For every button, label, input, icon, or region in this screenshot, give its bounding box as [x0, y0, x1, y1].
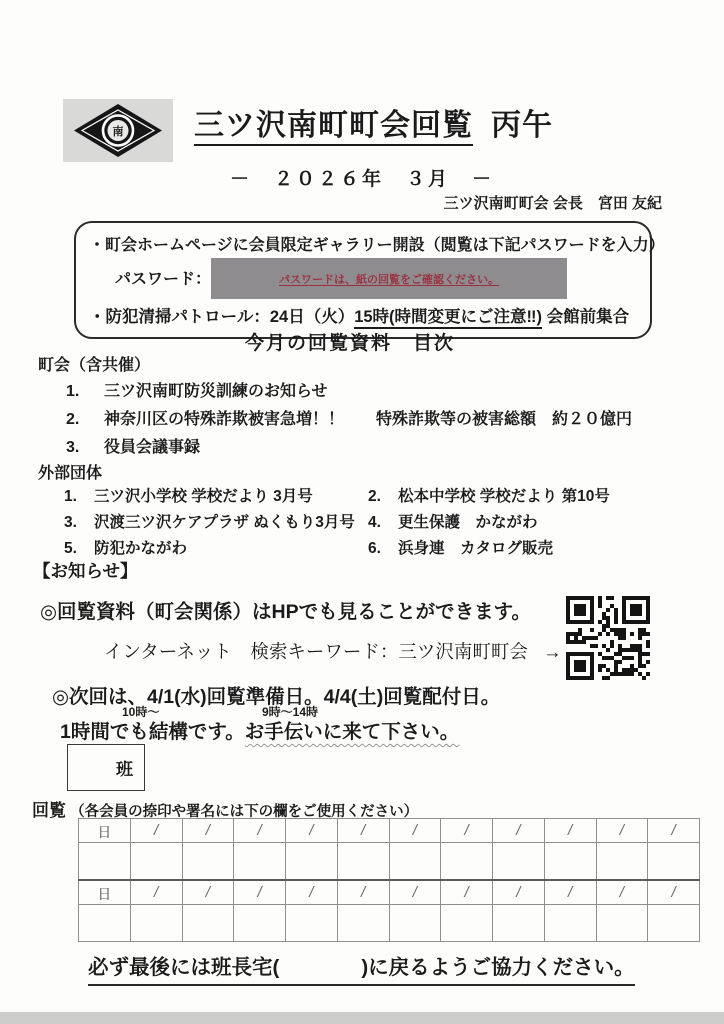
item-text: 神奈川区の特殊詐欺被害急増！！ 特殊詐欺等の被害総額 約２０億円 — [104, 411, 632, 428]
date-slash-cell: / — [544, 819, 596, 843]
signature-cell — [130, 905, 182, 942]
patrol-notice: ・防犯清掃パトロール：24日（火）15時(時間変更にご注意‼) 会館前集合 — [89, 303, 637, 327]
toc-external-section-title: 外部団体 — [38, 460, 102, 483]
toc-local-item-1: 1.三ツ沢南町防災訓練のお知らせ — [66, 378, 328, 401]
signature-cell — [234, 905, 286, 942]
toc-external-item-5: 5.防犯かながわ — [64, 536, 187, 558]
date-slash-cell: / — [596, 819, 648, 843]
date-slash-cell: / — [286, 819, 338, 843]
date-slash-cell: / — [389, 880, 441, 905]
hp-availability-line: ◎回覧資料（町会関係）はHPでも見ることができます。 — [40, 596, 531, 624]
circulation-label: 回覧 — [32, 801, 66, 820]
date-slash-cell: / — [441, 819, 493, 843]
signature-cell — [182, 905, 234, 942]
toc-external-item-1: 1.三ツ沢小学校 学校だより 3月号 — [64, 484, 313, 506]
item-number: 2. — [66, 411, 104, 429]
date-slash-cell: / — [130, 819, 182, 843]
date-slash-cell: / — [234, 880, 286, 905]
date-slash-cell: / — [648, 880, 700, 905]
date-slash-cell: / — [130, 880, 182, 905]
item-number: 3. — [64, 514, 94, 532]
diamond-emblem-icon: 南 — [71, 103, 165, 158]
signature-cell — [441, 905, 493, 942]
signature-cell — [596, 905, 648, 942]
signature-cell — [79, 843, 131, 881]
signature-cell — [544, 905, 596, 942]
password-row: パスワード： パスワードは、紙の回覧をご確認ください。 — [115, 258, 637, 299]
date-slash-cell: / — [596, 880, 648, 905]
page-title: 三ツ沢南町町会回覧丙午 — [194, 100, 553, 144]
return-instruction: 必ず最後には班長宅( )に戻るようご協力ください。 — [88, 950, 635, 986]
toc-local-item-2: 2.神奈川区の特殊詐欺被害急増！！ 特殊詐欺等の被害総額 約２０億円 — [66, 406, 632, 429]
item-number: 3. — [66, 439, 104, 457]
announcements-heading: 【お知らせ】 — [33, 558, 137, 583]
logo-character: 南 — [113, 124, 124, 138]
date-slash-cell: / — [493, 819, 545, 843]
password-redaction-box: パスワードは、紙の回覧をご確認ください。 — [211, 258, 567, 299]
arrow-right-icon: → — [543, 641, 562, 662]
redaction-note: パスワードは、紙の回覧をご確認ください。 — [279, 271, 499, 287]
signature-cell — [389, 905, 441, 942]
signature-row — [79, 905, 700, 942]
search-keyword-line: インターネット 検索キーワード：三ツ沢南町町会 → — [104, 638, 561, 664]
date-slash-cell: / — [648, 819, 700, 843]
association-president: 三ツ沢南町町会 会長 宮田 友紀 — [444, 192, 662, 213]
item-text: 三ツ沢小学校 学校だより 3月号 — [94, 488, 313, 505]
signature-cell — [596, 843, 648, 881]
item-text: 更生保護 かながわ — [398, 514, 538, 531]
signature-cell — [389, 843, 441, 881]
item-text: 沢渡三ツ沢ケアプラザ ぬくもり3月号 — [94, 514, 355, 531]
signature-cell — [493, 905, 545, 942]
toc-local-section-title: 町会（含共催） — [38, 352, 150, 375]
signature-cell — [182, 843, 234, 881]
item-number: 1. — [64, 488, 94, 506]
signature-cell — [130, 843, 182, 881]
item-text: 浜身連 カタログ販売 — [398, 540, 553, 557]
issue-date: － ２０２６年 ３月 － — [0, 164, 724, 191]
signature-cell — [286, 905, 338, 942]
gallery-notice: ・町会ホームページに会員限定ギャラリー開設（閲覧は下記パスワードを入力） — [89, 232, 637, 255]
signature-row — [79, 843, 700, 881]
signature-cell — [337, 843, 389, 881]
item-number: 4. — [368, 514, 398, 532]
item-number: 5. — [64, 540, 94, 558]
signature-cell — [544, 843, 596, 881]
item-number: 2. — [368, 488, 398, 506]
signature-cell — [286, 843, 338, 881]
toc-external-item-3: 3.沢渡三ツ沢ケアプラザ ぬくもり3月号 — [64, 510, 355, 532]
town-association-logo: 南 — [63, 99, 173, 162]
group-number-box: 班 — [67, 744, 145, 791]
password-label: パスワード： — [115, 258, 211, 289]
date-slash-cell: / — [337, 880, 389, 905]
item-text: 防犯かながわ — [94, 540, 187, 557]
toc-external-item-2: 2.松本中学校 学校だより 第10号 — [368, 484, 610, 506]
date-slash-cell: / — [493, 880, 545, 905]
help-emphasized-text: お手伝いに来て下さい。 — [245, 721, 460, 743]
signature-cell — [493, 843, 545, 881]
signature-cell — [234, 843, 286, 881]
patrol-prefix: ・防犯清掃パトロール：24日（火） — [89, 308, 354, 326]
page-title-era: 丙午 — [491, 109, 553, 142]
circulation-table: 日///////////日/////////// — [78, 818, 700, 942]
date-slash-cell: / — [182, 880, 234, 905]
help-plain-text: 1時間でも結構です。 — [60, 721, 245, 743]
toc-external-item-4: 4.更生保護 かながわ — [368, 510, 538, 532]
search-keyword-text: インターネット 検索キーワード：三ツ沢南町町会 — [104, 641, 528, 662]
qr-code — [566, 596, 650, 680]
notice-box: ・町会ホームページに会員限定ギャラリー開設（閲覧は下記パスワードを入力） パスワ… — [74, 221, 652, 339]
date-slash-cell: / — [389, 819, 441, 843]
date-slash-cell: / — [234, 819, 286, 843]
date-slash-cell: / — [441, 880, 493, 905]
patrol-time-underlined: 15時(時間変更にご注意‼) — [354, 308, 542, 329]
page-title-main: 三ツ沢南町町会回覧 — [194, 109, 473, 146]
toc-external-item-6: 6.浜身連 カタログ販売 — [368, 536, 553, 558]
toc-local-item-3: 3.役員会議事録 — [66, 434, 200, 457]
signature-cell — [648, 905, 700, 942]
signature-cell — [79, 905, 131, 942]
item-number: 1. — [66, 383, 104, 401]
date-slash-cell: / — [544, 880, 596, 905]
scanned-circular-page: 南 三ツ沢南町町会回覧丙午 － ２０２６年 ３月 － 三ツ沢南町町会 会長 宮田… — [0, 0, 724, 1024]
scan-edge-bar — [0, 1012, 724, 1024]
date-slash-cell: / — [182, 819, 234, 843]
date-header-row: 日/////////// — [79, 819, 700, 843]
toc-heading: 今月の回覧資料 目次 — [0, 328, 700, 355]
signature-cell — [441, 843, 493, 881]
group-label: 班 — [116, 755, 133, 780]
date-slash-cell: / — [286, 880, 338, 905]
item-text: 松本中学校 学校だより 第10号 — [398, 488, 610, 505]
date-label-cell: 日 — [79, 819, 131, 843]
patrol-suffix: 会館前集合 — [547, 308, 630, 326]
date-slash-cell: / — [337, 819, 389, 843]
date-label-cell: 日 — [79, 880, 131, 905]
signature-cell — [337, 905, 389, 942]
item-text: 役員会議事録 — [104, 439, 200, 456]
item-text: 三ツ沢南町防災訓練のお知らせ — [104, 383, 328, 400]
signature-cell — [648, 843, 700, 881]
item-number: 6. — [368, 540, 398, 558]
help-request-line: 1時間でも結構です。お手伝いに来て下さい。 — [60, 716, 459, 744]
date-header-row: 日/////////// — [79, 880, 700, 905]
